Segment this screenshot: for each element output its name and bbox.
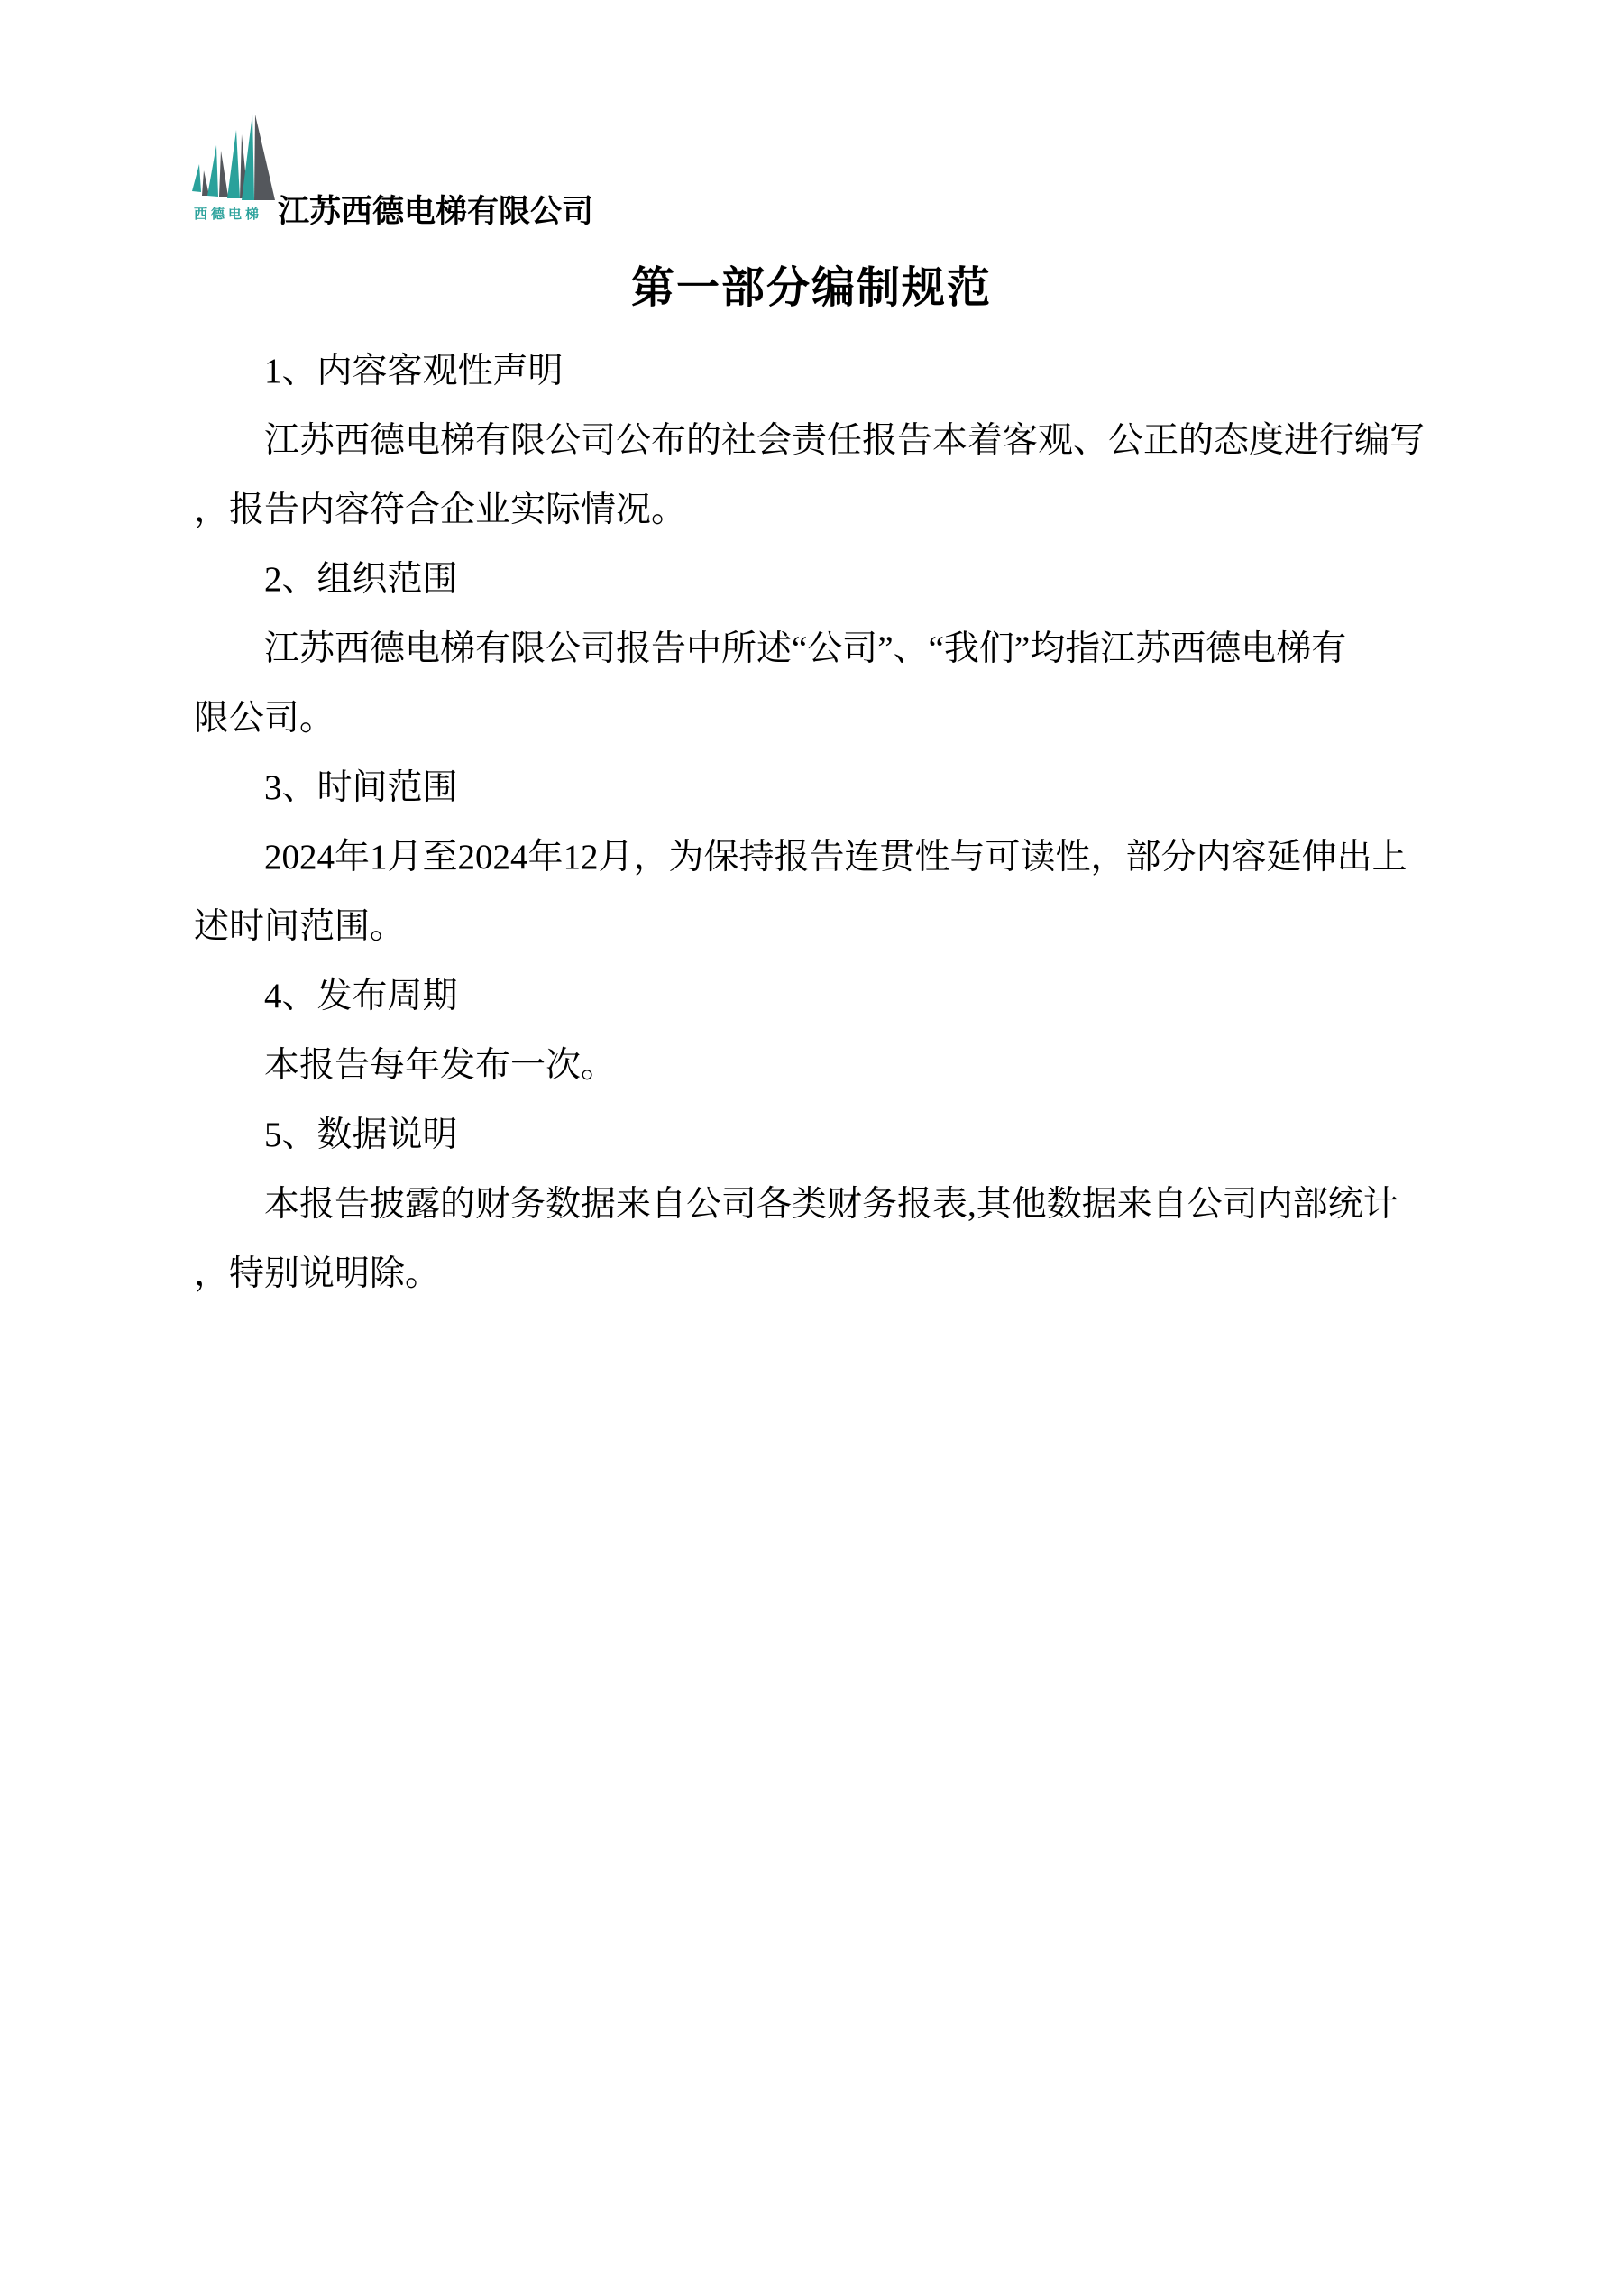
logo-label: 西德电梯 <box>185 204 284 223</box>
body-line: 江苏西德电梯有限公司公布的社会责任报告本着客观、公正的态度进行编写 <box>194 406 1447 475</box>
body-line: ，报告内容符合企业实际情况。 <box>194 475 1447 545</box>
company-name: 江苏西德电梯有限公司 <box>278 195 593 229</box>
section-heading: 1、内容客观性声明 <box>194 336 1447 406</box>
body-line: 述时间范围。 <box>194 892 1447 961</box>
body-line: 限公司。 <box>194 684 1447 753</box>
company-logo: 西德电梯 <box>185 106 284 223</box>
section-heading: 2、组织范围 <box>194 545 1447 614</box>
body-line: 2024年1月至2024年12月，为保持报告连贯性与可读性，部分内容延伸出上 <box>194 822 1447 892</box>
document-title: 第一部分编制规范 <box>0 263 1623 314</box>
body-line: 江苏西德电梯有限公司报告中所述“公司”、“我们”均指江苏西德电梯有 <box>194 614 1447 684</box>
body-line: 本报告披露的财务数据来自公司各类财务报表,其他数据来自公司内部统计 <box>194 1170 1447 1239</box>
body-line: 本报告每年发布一次。 <box>194 1031 1447 1100</box>
document-body: 1、内容客观性声明 江苏西德电梯有限公司公布的社会责任报告本着客观、公正的态度进… <box>194 336 1447 1309</box>
body-line: ，特别说明除。 <box>194 1239 1447 1309</box>
section-heading: 4、发布周期 <box>194 961 1447 1031</box>
section-heading: 3、时间范围 <box>194 753 1447 822</box>
section-heading: 5、数据说明 <box>194 1100 1447 1170</box>
logo-graphic-icon <box>185 106 277 202</box>
document-page: 西德电梯 江苏西德电梯有限公司 第一部分编制规范 1、内容客观性声明 江苏西德电… <box>0 0 1623 2296</box>
